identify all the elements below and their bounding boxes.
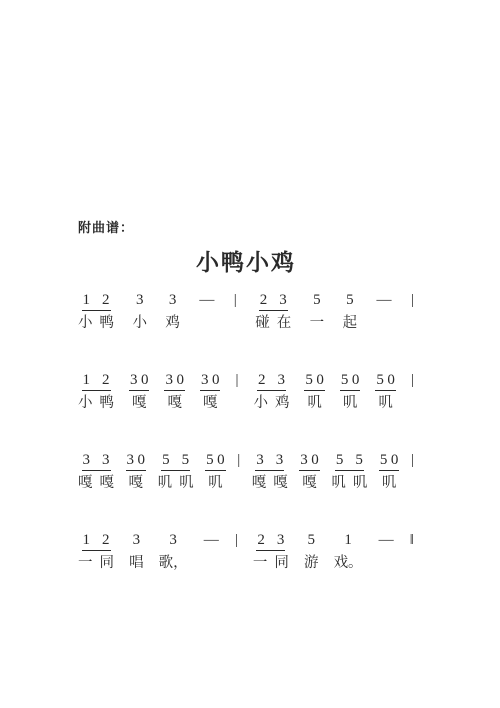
note-digit: 1 — [344, 533, 352, 548]
lyrics: 叽 — [343, 395, 358, 412]
lyrics: 小鸡 — [253, 395, 289, 412]
lyrics: 戏。 — [334, 555, 363, 572]
notes: — — [203, 533, 220, 551]
notes: 3 — [135, 293, 145, 311]
note-digit: 30 — [201, 373, 223, 388]
beamed-notes: 23 — [257, 373, 286, 391]
lyric-syllable: 起 — [343, 315, 358, 332]
note-digit: 3 — [102, 453, 110, 468]
song-title: 小鸭小鸡 — [78, 250, 414, 276]
lyrics: 一 — [310, 315, 325, 332]
lyric-syllable: 唱 — [129, 555, 144, 572]
lyric-syllable: 叽 — [343, 395, 358, 412]
lyric-syllable: 叽 — [353, 475, 368, 492]
beamed-notes: 50 — [205, 453, 226, 471]
lyrics: 碰在 — [255, 315, 291, 332]
lyric-syllable: 嘎 — [129, 475, 144, 492]
note-digit: 1 — [83, 373, 91, 388]
lyric-syllable: 游 — [304, 555, 319, 572]
beamed-notes: 30 — [129, 373, 150, 391]
note-digit: 3 — [279, 293, 287, 308]
note-digit: 1 — [83, 533, 91, 548]
lyric-syllable: 鸭 — [100, 395, 115, 412]
note-cell: 12小鸭 — [78, 373, 114, 412]
note-cell: 5游 — [304, 533, 319, 572]
barline: | — [234, 293, 237, 310]
duration-dash: — — [199, 293, 214, 308]
notes: — — [376, 293, 393, 311]
lyric-syllable: 在 — [277, 315, 292, 332]
lyrics: 一同 — [78, 555, 114, 572]
lyric-syllable: 叽 — [378, 395, 393, 412]
note-digit: 3 — [277, 533, 285, 548]
note-digit: 30 — [130, 373, 152, 388]
notes: — — [198, 293, 215, 311]
beamed-notes: 50 — [379, 453, 400, 471]
lyric-syllable: 叽 — [158, 475, 173, 492]
note-digit: 50 — [206, 453, 228, 468]
note-digit: 2 — [102, 293, 110, 308]
note-cell: 50叽 — [205, 453, 226, 492]
lyrics: 小 — [132, 315, 147, 332]
lyrics: 一同 — [253, 555, 289, 572]
note-cell: 50叽 — [375, 373, 396, 412]
lyrics: 唱 — [129, 555, 144, 572]
lyrics: 叽叽 — [331, 475, 367, 492]
note-digit: 5 — [346, 293, 354, 308]
note-digit: 3 — [83, 453, 91, 468]
note-digit: 3 — [169, 293, 177, 308]
lyric-syllable: 叽 — [331, 475, 346, 492]
beamed-notes: 50 — [304, 373, 325, 391]
note-digit: 5 — [313, 293, 321, 308]
beamed-notes: 30 — [164, 373, 185, 391]
barline-glyph: ‖ — [410, 533, 414, 550]
note-cell: 3唱 — [129, 533, 144, 572]
note-cell: 50叽 — [379, 453, 400, 492]
note-digit: 50 — [305, 373, 327, 388]
barline: | — [411, 373, 414, 390]
barline-glyph: | — [235, 373, 238, 390]
notes: 5 — [345, 293, 355, 311]
barline: | — [411, 293, 414, 310]
lyric-syllable: 嘎 — [273, 475, 288, 492]
note-cell: 30嘎 — [164, 373, 185, 412]
lyrics: 叽 — [378, 395, 393, 412]
note-digit: 2 — [102, 533, 110, 548]
note-cell: 30嘎 — [126, 453, 147, 492]
note-cell: 5起 — [343, 293, 358, 332]
lyric-syllable: 叽 — [307, 395, 322, 412]
beamed-notes: 50 — [340, 373, 361, 391]
note-digit: 50 — [380, 453, 402, 468]
lyric-syllable: 碰 — [255, 315, 270, 332]
lyrics: 叽 — [382, 475, 397, 492]
note-digit: 5 — [162, 453, 170, 468]
final-barline: ‖ — [410, 533, 414, 550]
barline-glyph: | — [234, 293, 237, 310]
note-cell: — — [376, 293, 393, 332]
score-line-4: 12一同3唱3歌，—|23一同5游1戏。—‖ — [78, 533, 414, 572]
score-line-2: 12小鸭30嘎30嘎30嘎|23小鸡50叽50叽50叽| — [78, 373, 414, 412]
lyrics: 起 — [343, 315, 358, 332]
lyrics: 嘎嘎 — [78, 475, 114, 492]
lyric-syllable: 小 — [253, 395, 268, 412]
beamed-notes: 12 — [82, 373, 111, 391]
note-cell: 30嘎 — [299, 453, 320, 492]
note-cell: 23小鸡 — [253, 373, 289, 412]
lyrics: 嘎 — [129, 475, 144, 492]
lyrics: 嘎 — [167, 395, 182, 412]
note-cell: 12一同 — [78, 533, 114, 572]
barline-glyph: | — [411, 373, 414, 390]
note-digit: 5 — [336, 453, 344, 468]
note-digit: 50 — [376, 373, 398, 388]
lyric-syllable: 叽 — [382, 475, 397, 492]
beamed-notes: 30 — [299, 453, 320, 471]
lyrics: 嘎 — [203, 395, 218, 412]
lyric-syllable: 同 — [100, 555, 115, 572]
barline-glyph: | — [235, 533, 238, 550]
lyric-syllable: 小 — [78, 315, 93, 332]
notes: — — [378, 533, 395, 551]
beamed-notes: 55 — [335, 453, 364, 471]
score-line-3: 33嘎嘎30嘎55叽叽50叽|33嘎嘎30嘎55叽叽50叽| — [78, 453, 414, 492]
note-cell: 3小 — [132, 293, 147, 332]
note-cell: 55叽叽 — [158, 453, 194, 492]
note-digit: 3 — [136, 293, 144, 308]
lyrics: 鸡 — [165, 315, 180, 332]
note-cell: 12小鸭 — [78, 293, 114, 332]
barline-glyph: | — [411, 453, 414, 470]
lyric-syllable: 戏。 — [334, 555, 363, 572]
lyric-syllable: 嘎 — [252, 475, 267, 492]
caption-label: 附曲谱： — [78, 220, 414, 236]
note-cell: 33嘎嘎 — [78, 453, 114, 492]
beamed-notes: 12 — [82, 533, 111, 551]
lyric-syllable: 嘎 — [203, 395, 218, 412]
beamed-notes: 30 — [126, 453, 147, 471]
score: 12小鸭3小3鸡—|23碰在5一5起—|12小鸭30嘎30嘎30嘎|23小鸡50… — [78, 293, 414, 572]
lyrics: 游 — [304, 555, 319, 572]
barline-glyph: | — [411, 293, 414, 310]
notes: 5 — [306, 533, 316, 551]
sheet-music-page: 附曲谱： 小鸭小鸡 12小鸭3小3鸡—|23碰在5一5起—|12小鸭30嘎30嘎… — [0, 0, 500, 708]
beamed-notes: 23 — [259, 293, 288, 311]
note-digit: 3 — [276, 453, 284, 468]
note-digit: 5 — [355, 453, 363, 468]
note-digit: 1 — [83, 293, 91, 308]
barline-glyph: | — [237, 453, 240, 470]
duration-dash: — — [379, 533, 394, 548]
lyric-syllable: 小 — [132, 315, 147, 332]
beamed-notes: 30 — [200, 373, 221, 391]
beamed-notes: 55 — [161, 453, 190, 471]
lyrics: 小鸭 — [78, 315, 114, 332]
lyric-syllable: 嘎 — [302, 475, 317, 492]
note-cell: 50叽 — [340, 373, 361, 412]
note-digit: 50 — [341, 373, 363, 388]
note-cell: 55叽叽 — [331, 453, 367, 492]
lyrics: 叽叽 — [158, 475, 194, 492]
note-cell: 30嘎 — [129, 373, 150, 412]
lyric-syllable: 嘎 — [78, 475, 93, 492]
note-digit: 2 — [260, 293, 268, 308]
note-digit: 3 — [256, 453, 264, 468]
note-digit: 3 — [169, 533, 177, 548]
note-cell: 50叽 — [304, 373, 325, 412]
lyrics: 嘎嘎 — [252, 475, 288, 492]
note-cell: 3歌， — [159, 533, 188, 572]
note-cell: 30嘎 — [200, 373, 221, 412]
lyric-syllable: 鸡 — [165, 315, 180, 332]
beamed-notes: 33 — [255, 453, 284, 471]
note-digit: 5 — [307, 533, 315, 548]
note-digit: 3 — [133, 533, 141, 548]
notes: 3 — [168, 293, 178, 311]
lyric-syllable: 嘎 — [167, 395, 182, 412]
note-cell: 23一同 — [253, 533, 289, 572]
lyric-syllable: 嘎 — [132, 395, 147, 412]
lyrics: 嘎 — [132, 395, 147, 412]
lyrics: 嘎 — [302, 475, 317, 492]
note-cell: 23碰在 — [255, 293, 291, 332]
notes: 5 — [312, 293, 322, 311]
note-cell: — — [203, 533, 220, 572]
lyric-syllable: 嘎 — [100, 475, 115, 492]
barline: | — [235, 533, 238, 550]
lyrics: 小鸭 — [78, 395, 114, 412]
lyric-syllable: 一 — [310, 315, 325, 332]
lyrics: 叽 — [208, 475, 223, 492]
note-cell: — — [378, 533, 395, 572]
lyrics: 叽 — [307, 395, 322, 412]
note-cell: 5一 — [310, 293, 325, 332]
beamed-notes: 50 — [375, 373, 396, 391]
page-content: 附曲谱： 小鸭小鸡 12小鸭3小3鸡—|23碰在5一5起—|12小鸭30嘎30嘎… — [78, 220, 414, 613]
lyric-syllable: 鸭 — [100, 315, 115, 332]
notes: 1 — [343, 533, 353, 551]
beamed-notes: 33 — [82, 453, 111, 471]
note-digit: 2 — [102, 373, 110, 388]
lyric-syllable: 歌， — [159, 555, 188, 572]
note-cell: 3鸡 — [165, 293, 180, 332]
barline: | — [235, 373, 238, 390]
duration-dash: — — [204, 533, 219, 548]
duration-dash: — — [377, 293, 392, 308]
score-line-1: 12小鸭3小3鸡—|23碰在5一5起—| — [78, 293, 414, 332]
note-cell: 33嘎嘎 — [252, 453, 288, 492]
note-cell: — — [198, 293, 215, 332]
notes: 3 — [168, 533, 178, 551]
note-digit: 2 — [257, 533, 265, 548]
lyric-syllable: 小 — [78, 395, 93, 412]
barline: | — [237, 453, 240, 470]
lyric-syllable: 一 — [253, 555, 268, 572]
lyrics: 歌， — [159, 555, 188, 572]
lyric-syllable: 一 — [78, 555, 93, 572]
beamed-notes: 23 — [256, 533, 285, 551]
lyric-syllable: 叽 — [208, 475, 223, 492]
note-digit: 2 — [258, 373, 266, 388]
lyric-syllable: 同 — [274, 555, 289, 572]
barline: | — [411, 453, 414, 470]
note-digit: 3 — [277, 373, 285, 388]
beamed-notes: 12 — [82, 293, 111, 311]
notes: 3 — [132, 533, 142, 551]
note-digit: 5 — [182, 453, 190, 468]
note-cell: 1戏。 — [334, 533, 363, 572]
note-digit: 30 — [300, 453, 322, 468]
note-digit: 30 — [165, 373, 187, 388]
lyric-syllable: 鸡 — [275, 395, 290, 412]
note-digit: 30 — [127, 453, 149, 468]
lyric-syllable: 叽 — [179, 475, 194, 492]
